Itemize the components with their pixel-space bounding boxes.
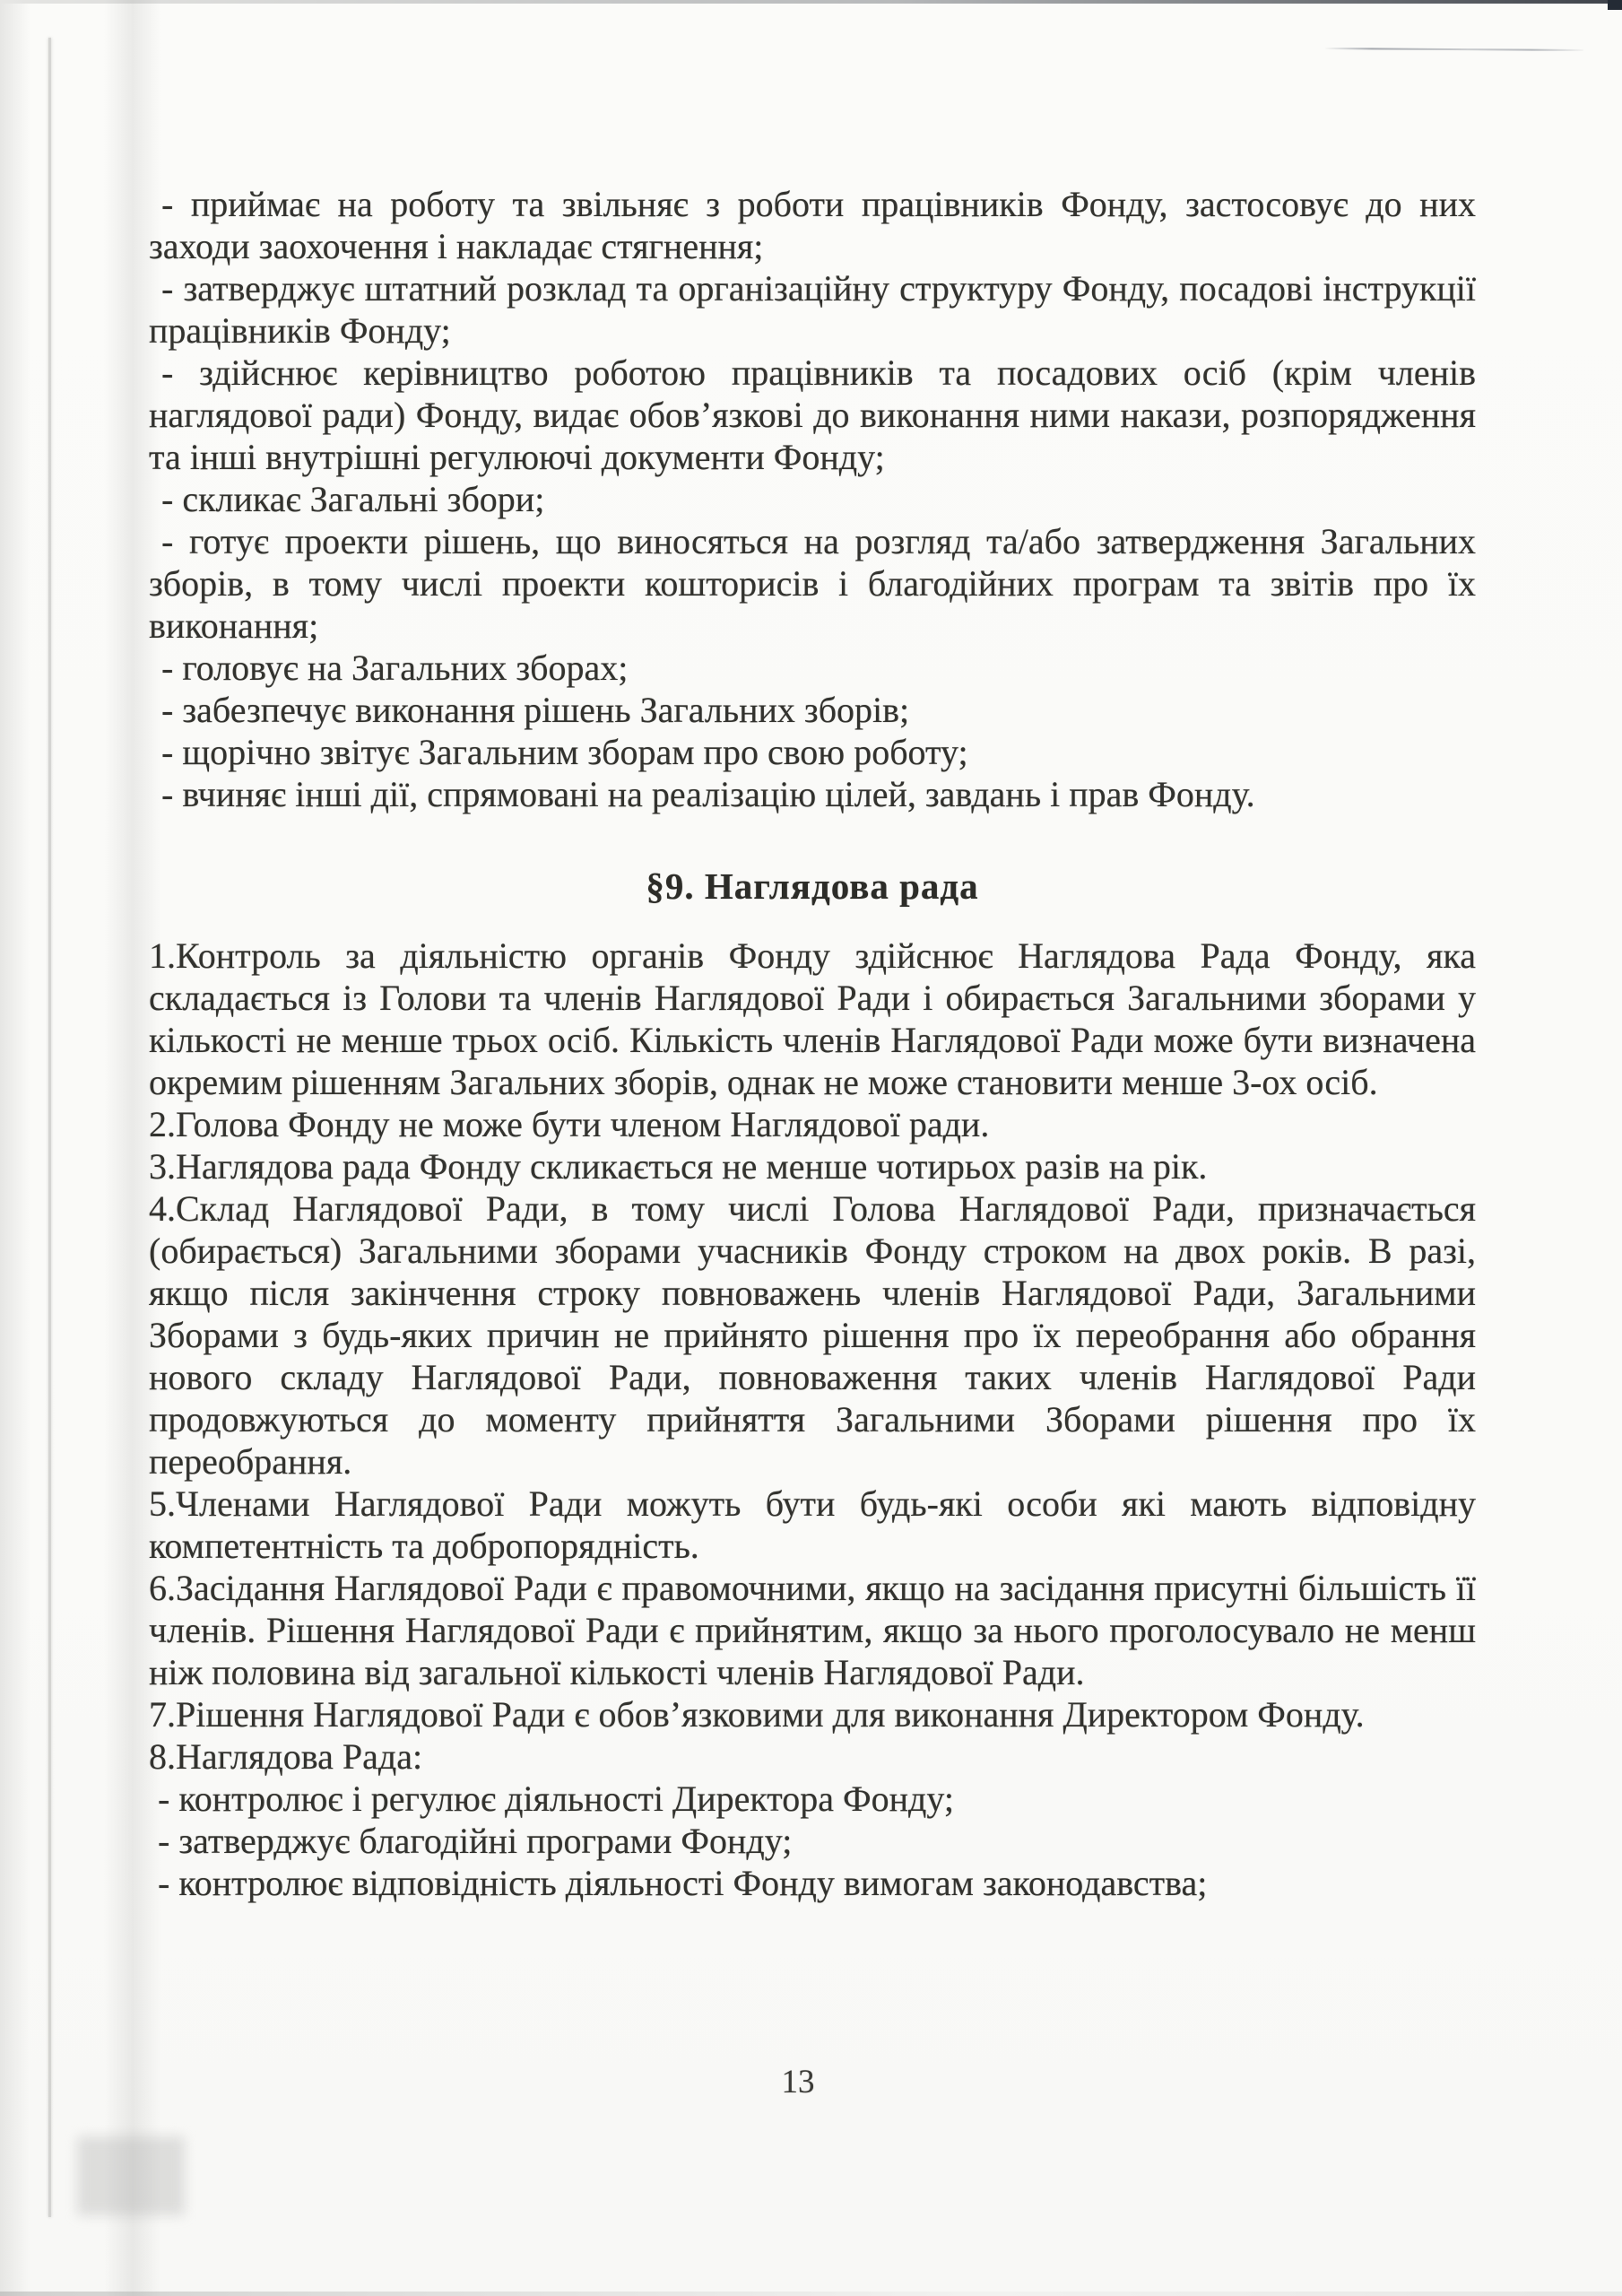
duty-item: - готує проекти рішень, що виносяться на… [149,520,1476,647]
duty-item: - головує на Загальних зборах; [149,647,1476,689]
duty-item: - щорічно звітує Загальним зборам про св… [149,731,1476,773]
scan-left-edge-shading [0,0,30,2296]
clause: 2.Голова Фонду не може бути членом Нагля… [149,1103,1476,1145]
page-number: 13 [0,2063,1596,2101]
board-function-item: - контролює відповідність діяльності Фон… [149,1862,1476,1904]
section-heading: §9. Наглядова рада [149,865,1476,908]
scan-top-edge-artifact [0,0,1622,4]
clause: 8.Наглядова Рада: [149,1735,1476,1778]
scan-bottom-left-smudge [77,2136,185,2215]
clause: 7.Рішення Наглядової Ради є обов’язковим… [149,1693,1476,1735]
clause: 3.Наглядова рада Фонду скликається не ме… [149,1145,1476,1187]
duty-item: - затверджує штатний розклад та організа… [149,267,1476,352]
duty-item: - вчиняє інші дії, спрямовані на реаліза… [149,773,1476,815]
board-function-item: - затверджує благодійні програми Фонду; [149,1820,1476,1862]
scanned-document-page: - приймає на роботу та звільняє з роботи… [0,0,1622,2296]
clause: 4.Склад Наглядової Ради, в тому числі Го… [149,1187,1476,1483]
duty-item: - скликає Загальні збори; [149,478,1476,520]
pencil-line-artifact [1325,48,1583,51]
scan-bottom-edge-artifact [0,2292,1622,2296]
clause: 1.Контроль за діяльністю органів Фонду з… [149,935,1476,1103]
board-function-item: - контролює і регулює діяльності Директо… [149,1778,1476,1820]
page-content: - приймає на роботу та звільняє з роботи… [149,183,1476,1904]
scan-left-fold-line [48,38,51,2217]
clause: 6.Засідання Наглядової Ради є правомочни… [149,1567,1476,1693]
duty-item: - приймає на роботу та звільняє з роботи… [149,183,1476,267]
duty-item: - забезпечує виконання рішень Загальних … [149,689,1476,731]
scan-top-corner-artifact [1608,0,1622,10]
clause: 5.Членами Наглядової Ради можуть бути бу… [149,1483,1476,1567]
duty-item: - здійснює керівництво роботою працівник… [149,352,1476,478]
